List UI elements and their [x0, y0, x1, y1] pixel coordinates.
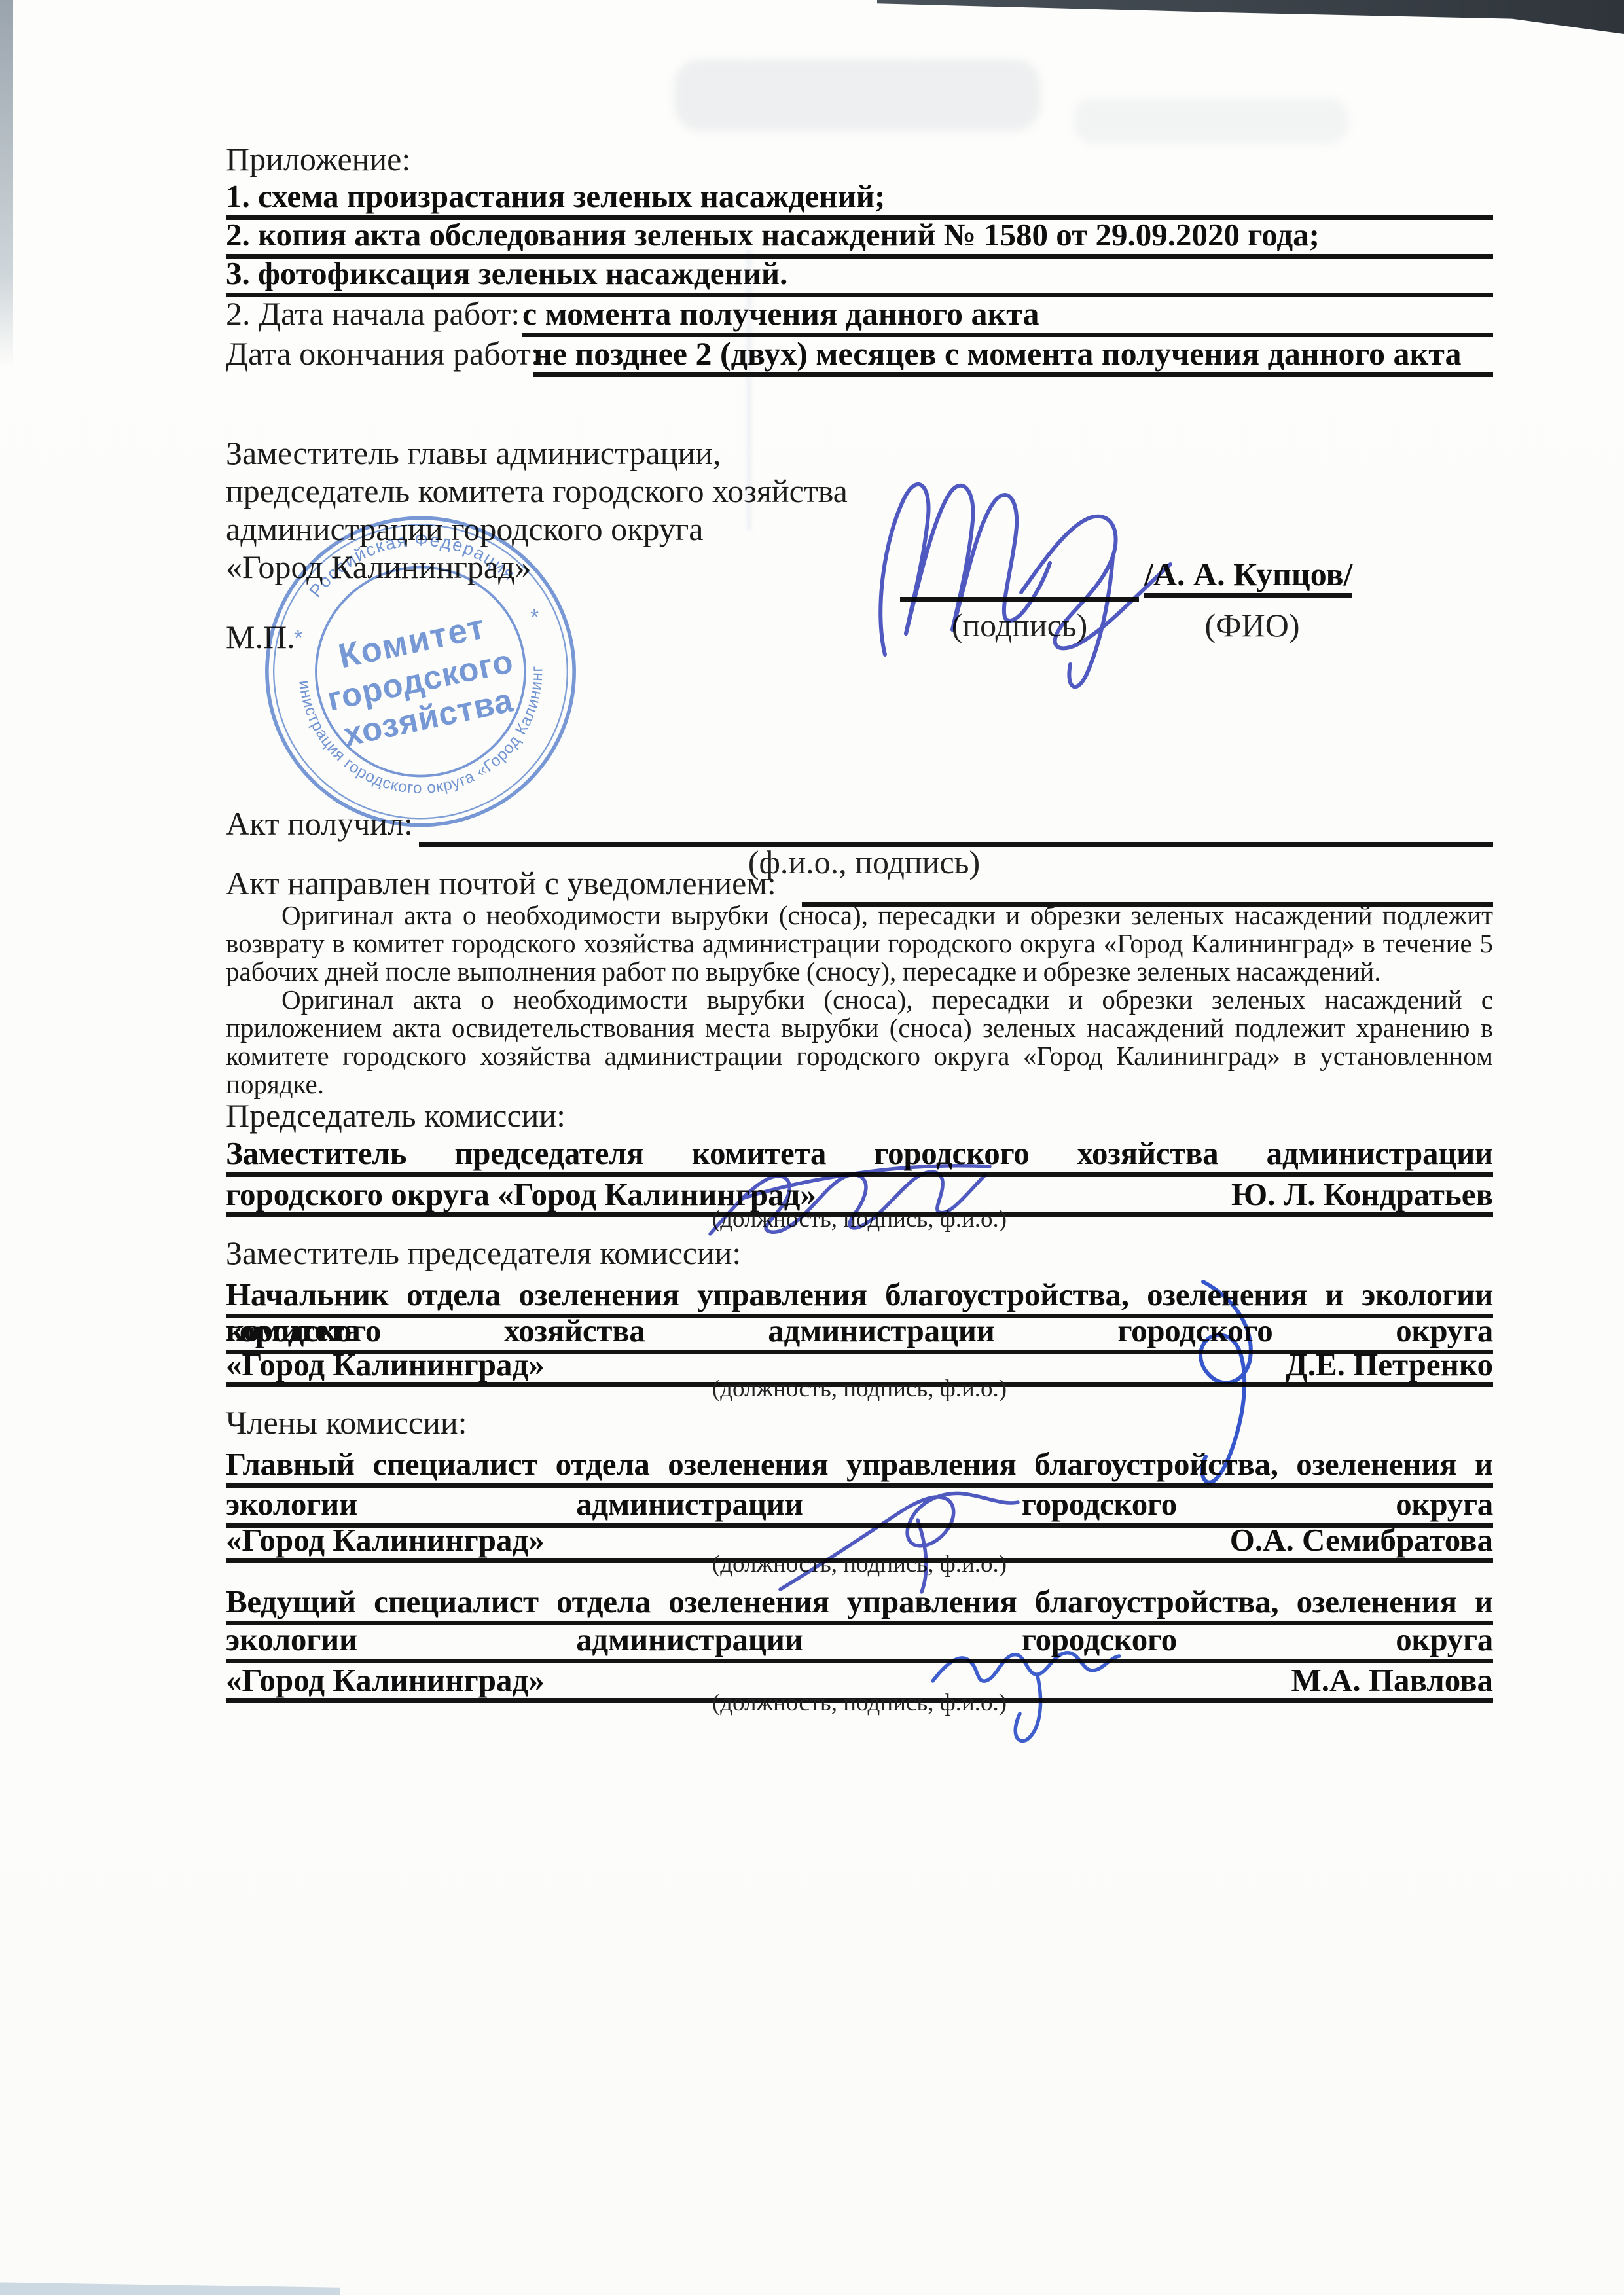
committee-round-stamp: Российская Федерация Администрация город…	[239, 497, 603, 845]
scan-edge-bottom-left	[0, 2277, 340, 2295]
signatory-line-2: председатель комитета городского хозяйст…	[226, 473, 1493, 510]
signatory-line-1: Заместитель главы администрации,	[226, 435, 1493, 472]
signature-semibratova	[766, 1476, 1041, 1600]
appendix-item-2: 2. копия акта обследования зеленых насаж…	[226, 217, 1493, 259]
fine-print-paragraph-1: Оригинал акта о необходимости вырубки (с…	[226, 901, 1493, 986]
bleed-through-smudge-2	[1074, 98, 1348, 144]
scanned-document-page: Приложение: 1. схема произрастания зелен…	[0, 0, 1624, 2295]
signature-petrenko	[1172, 1273, 1276, 1496]
fine-print-paragraph-2: Оригинал акта о необходимости вырубки (с…	[226, 986, 1493, 1098]
work-end-label: Дата окончания работ:	[226, 336, 540, 372]
scan-edge-top-right	[877, 0, 1624, 34]
signature-kuptsov	[864, 452, 1191, 700]
appendix-title: Приложение:	[226, 141, 1493, 178]
act-mailed-label: Акт направлен почтой с уведомлением:	[226, 865, 776, 902]
commission-members-label: Члены комиссии:	[226, 1405, 1493, 1441]
work-start-value: с момента получения данного акта	[522, 296, 1493, 337]
signature-pavlova	[923, 1633, 1132, 1751]
fine-print: Оригинал акта о необходимости вырубки (с…	[226, 901, 1493, 1098]
work-end-value: не позднее 2 (двух) месяцев с момента по…	[533, 336, 1493, 377]
act-received-label: Акт получил:	[226, 806, 413, 842]
scan-edge-left	[0, 0, 13, 367]
stamp-star-left: *	[293, 625, 304, 651]
member-2-position-line-2: экологии администрации городского округа	[226, 1622, 1493, 1663]
bleed-through-smudge	[674, 59, 1041, 131]
caption-position-signature-fio-2: (должность, подпись, ф.и.о.)	[226, 1376, 1493, 1403]
work-start-label: 2. Дата начала работ:	[226, 296, 520, 333]
appendix-item-3: 3. фотофиксация зеленых насаждений.	[226, 256, 1493, 297]
appendix-item-1: 1. схема произрастания зеленых насаждени…	[226, 179, 1493, 220]
commission-chair-label: Председатель комиссии:	[226, 1098, 1493, 1134]
act-received-line	[419, 806, 1493, 847]
caption-position-signature-fio-4: (должность, подпись, ф.и.о.)	[226, 1690, 1493, 1718]
signature-kondratev	[700, 1139, 1008, 1250]
stamp-star-right: *	[530, 605, 540, 630]
